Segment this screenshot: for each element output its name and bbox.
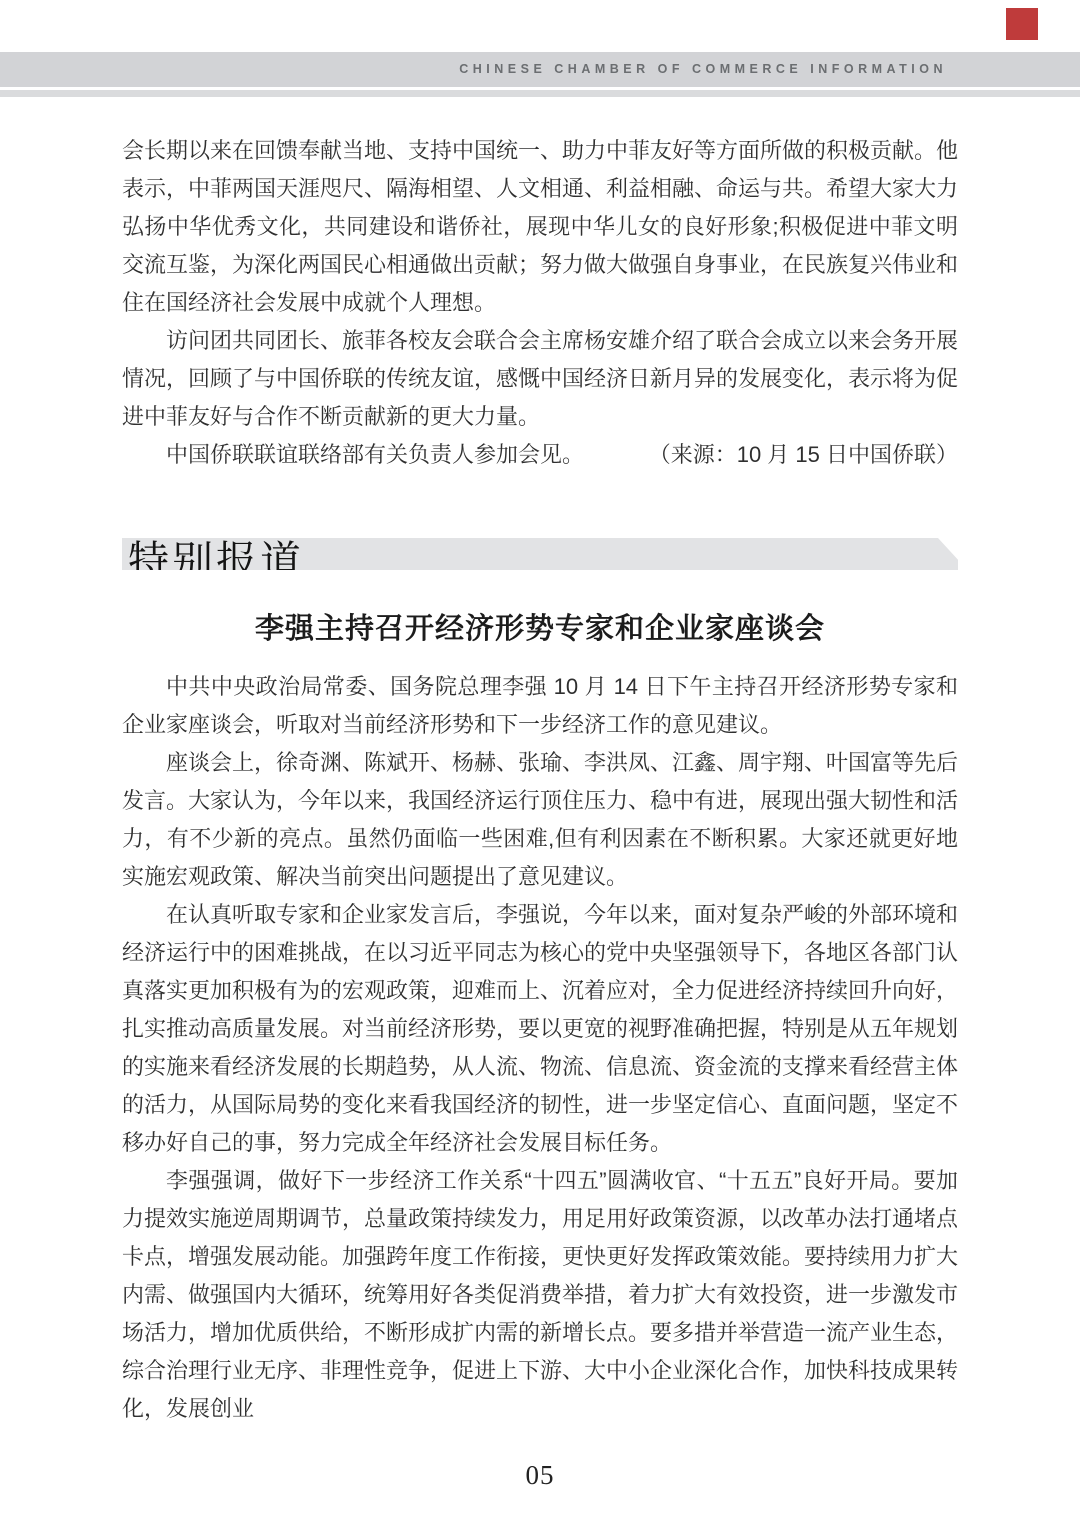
red-accent-square xyxy=(1006,8,1038,40)
paragraph: 在认真听取专家和企业家发言后，李强说，今年以来，面对复杂严峻的外部环境和经济运行… xyxy=(122,896,958,1162)
article-title: 李强主持召开经济形势专家和企业家座谈会 xyxy=(122,612,958,646)
header-divider xyxy=(0,90,1080,97)
paragraph: 访问团共同团长、旅菲各校友会联合会主席杨安雄介绍了联合会成立以来会务开展情况，回… xyxy=(122,322,958,436)
paragraph: 中共中央政治局常委、国务院总理李强 10 月 14 日下午主持召开经济形势专家和… xyxy=(122,668,958,744)
paragraph: 座谈会上，徐奇渊、陈斌开、杨赫、张瑜、李洪凤、江鑫、周宇翔、叶国富等先后发言。大… xyxy=(122,744,958,896)
source-attribution: （来源：10 月 15 日中国侨联） xyxy=(649,436,958,474)
paragraph: 李强强调，做好下一步经济工作关系“十四五”圆满收官、“十五五”良好开局。要加力提… xyxy=(122,1162,958,1428)
closing-line: 中国侨联联谊联络部有关负责人参加会见。 xyxy=(166,436,584,474)
page-number: 05 xyxy=(0,1460,1080,1491)
header-banner-text: CHINESE CHAMBER OF COMMERCE INFORMATION xyxy=(0,52,1080,87)
page-content: 会长期以来在回馈奉献当地、支持中国统一、助力中菲友好等方面所做的积极贡献。他表示… xyxy=(122,132,958,1428)
newsletter-page: CHINESE CHAMBER OF COMMERCE INFORMATION … xyxy=(0,0,1080,1525)
section-title: 特别报道 xyxy=(128,538,304,584)
section-header-bar: 特别报道 xyxy=(122,538,958,570)
closing-line-row: 中国侨联联谊联络部有关负责人参加会见。 （来源：10 月 15 日中国侨联） xyxy=(122,436,958,474)
paragraph-continuation: 会长期以来在回馈奉献当地、支持中国统一、助力中菲友好等方面所做的积极贡献。他表示… xyxy=(122,132,958,322)
header-banner: CHINESE CHAMBER OF COMMERCE INFORMATION xyxy=(0,52,1080,87)
article-body: 中共中央政治局常委、国务院总理李强 10 月 14 日下午主持召开经济形势专家和… xyxy=(122,668,958,1428)
